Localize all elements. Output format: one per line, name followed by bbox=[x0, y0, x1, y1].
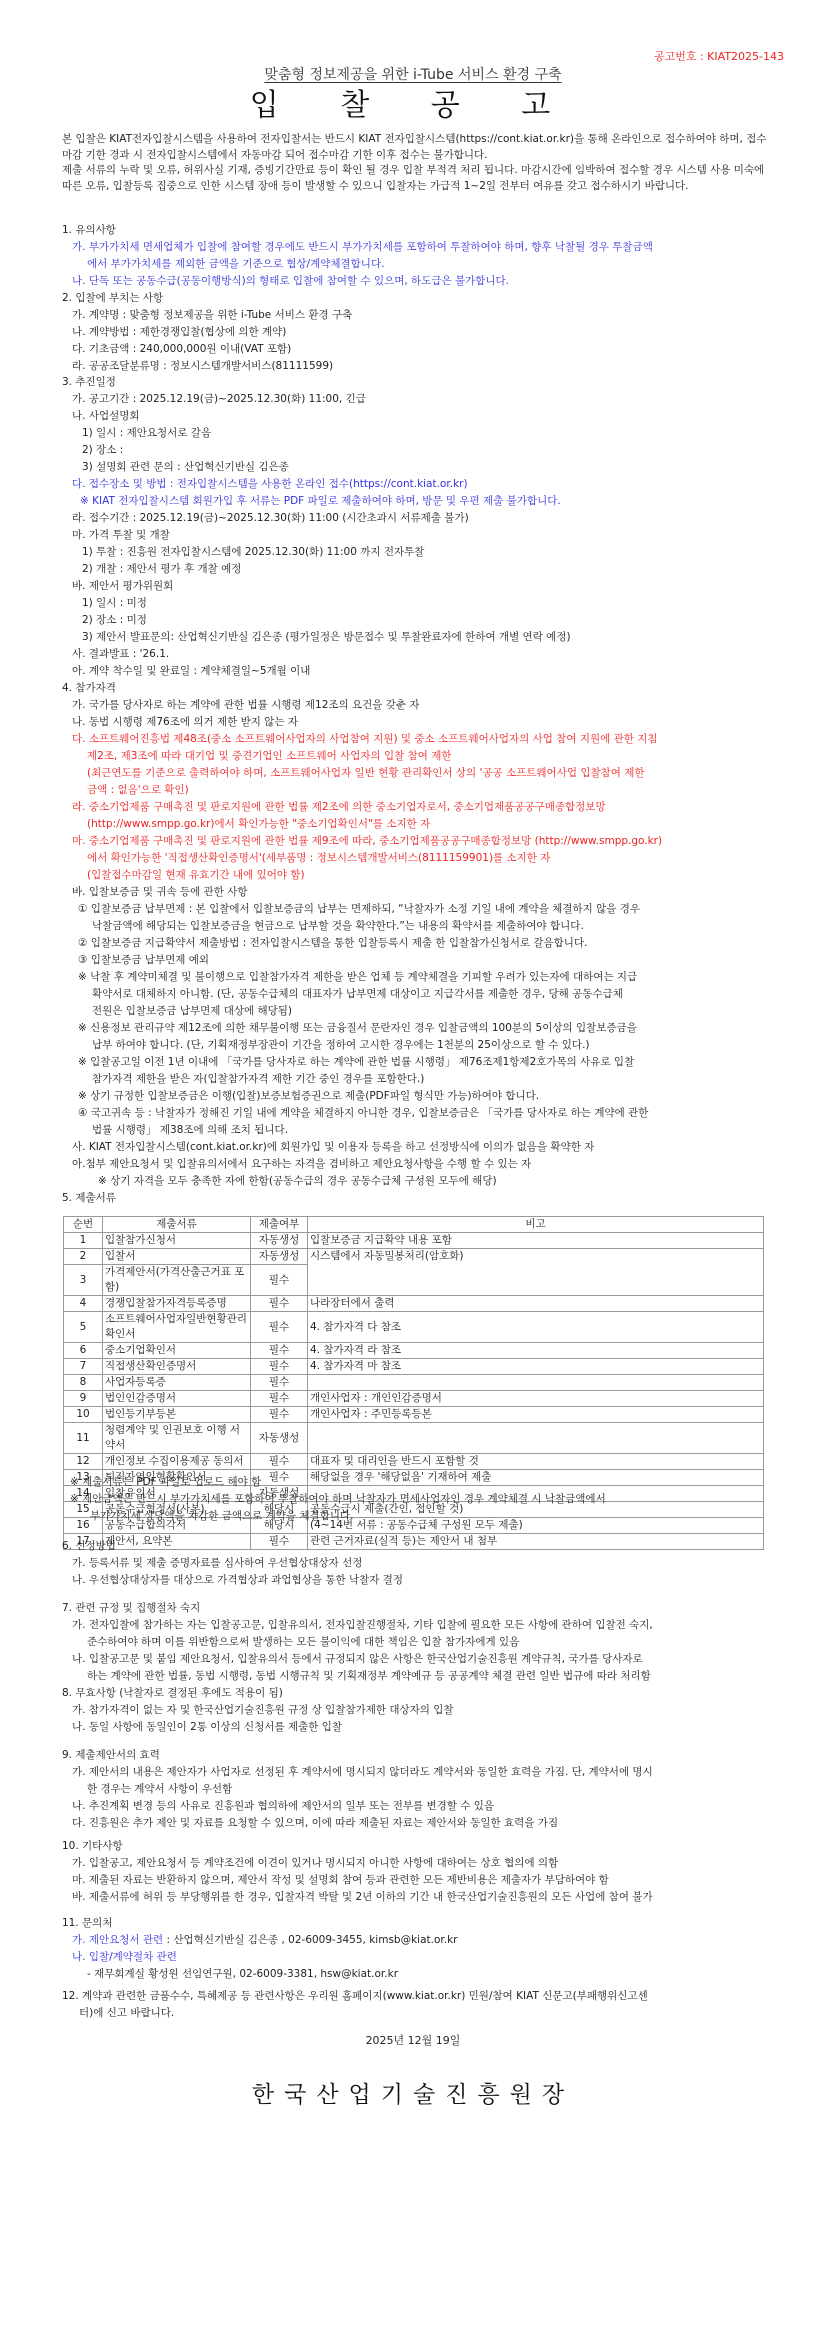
column-header-no: 순번 bbox=[64, 1217, 103, 1233]
bid-bond-note-cont: 참가자격 제한을 받은 자(입찰참가자격 제한 기간 중인 경우를 포함한다.) bbox=[92, 1071, 772, 1088]
eligibility-item-cont: (http://www.smpp.go.kr)에서 확인가능한 "중소기업확인서… bbox=[87, 816, 772, 833]
contact-bidding-label: 나. 입찰/계약절차 관련 bbox=[72, 1949, 772, 1966]
contact-value: : 산업혁신기반실 김은종 , 02-6009-3455, kimsb@kiat… bbox=[163, 1934, 457, 1946]
report-notice: 12. 계약과 관련한 금품수수, 특혜제공 등 관련사항은 우리원 홈페이지(… bbox=[62, 1988, 772, 2005]
opening-schedule: 2) 개찰 : 제안서 평가 후 개찰 예정 bbox=[82, 561, 772, 578]
contact-bidding-value: - 재무회계실 황성원 선임연구원, 02-6009-3381, hsw@kia… bbox=[87, 1966, 772, 1983]
table-row: 4 경쟁입찰참가자격등록증명 필수 나라장터에서 출력 bbox=[64, 1296, 764, 1312]
evaluation-place: 2) 장소 : 미정 bbox=[82, 612, 772, 629]
table-row: 7 직접생산확인증명서 필수 4. 참가자격 마 참조 bbox=[64, 1359, 764, 1375]
other-item: 마. 제출된 자료는 반환하지 않으며, 제안서 작성 및 설명회 참여 등과 … bbox=[72, 1872, 772, 1889]
contact-proposal: 가. 제안요청서 관련 : 산업혁신기반실 김은종 , 02-6009-3455… bbox=[72, 1932, 772, 1949]
section-6-selection: 6. 선정방법 가. 등록서류 및 제출 증명자료를 심사하여 우선협상대상자 … bbox=[62, 1538, 772, 1589]
bid-bond-item-cont: 법률 시행령」 제38조에 의해 조치 됩니다. bbox=[92, 1122, 772, 1139]
section-3-schedule: 3. 추진일정 가. 공고기간 : 2025.12.19(금)~2025.12.… bbox=[62, 374, 772, 680]
intro-text-2: 제출 서류의 누락 및 오류, 허위사실 기재, 증빙기간만료 등이 확인 될 … bbox=[62, 163, 768, 194]
eligibility-item: 나. 동법 시행령 제76조에 의거 제한 받지 않는 자 bbox=[72, 714, 772, 731]
section-11-contacts: 11. 문의처 가. 제안요청서 관련 : 산업혁신기반실 김은종 , 02-6… bbox=[62, 1915, 772, 1983]
regulation-item: 가. 전자입찰에 참가하는 자는 입찰공고문, 입찰유의서, 전자입찰진행절차,… bbox=[72, 1617, 772, 1634]
section-heading: 6. 선정방법 bbox=[62, 1538, 772, 1555]
intro-paragraph: 본 입찰은 KIAT전자입찰시스템을 사용하여 전자입찰서는 반드시 KIAT … bbox=[62, 132, 768, 194]
note-item: 가. 부가가치세 면세업체가 입찰에 참여할 경우에도 반드시 부가가치세를 포… bbox=[72, 239, 772, 256]
eligibility-item-cont: (최근연도를 기준으로 출력하여야 하며, 소프트웨어사업자 일반 현황 관리확… bbox=[87, 765, 772, 782]
table-row: 6 중소기업확인서 필수 4. 참가자격 라 참조 bbox=[64, 1343, 764, 1359]
briefing-session: 나. 사업설명회 bbox=[72, 408, 772, 425]
column-header-document: 제출서류 bbox=[103, 1217, 251, 1233]
table-header-row: 순번 제출서류 제출여부 비고 bbox=[64, 1217, 764, 1233]
table-footnotes: ※ 제출서류는 PDF 파일로 업로드 해야 함 ※ 제안금액은 반드시 부가가… bbox=[70, 1475, 606, 1526]
notice-number: 공고번호 : KIAT2025-143 bbox=[654, 48, 784, 64]
eligibility-item: 라. 중소기업제품 구매촉진 및 판로지원에 관한 법률 제2조에 의한 중소기… bbox=[72, 799, 772, 816]
section-heading: 2. 입찰에 부치는 사항 bbox=[62, 290, 772, 307]
section-4-eligibility: 4. 참가자격 가. 국가를 당사자로 하는 계약에 관한 법률 시행령 제12… bbox=[62, 680, 772, 1207]
submission-note: ※ KIAT 전자입찰시스템 회원가입 후 서류는 PDF 파일로 제출하여야 … bbox=[80, 493, 772, 510]
note-item: 나. 단독 또는 공동수급(공동이행방식)의 형태로 입찰에 참여할 수 있으며… bbox=[72, 273, 772, 290]
base-amount: 다. 기초금액 : 240,000,000원 이내(VAT 포함) bbox=[72, 341, 772, 358]
submission-method: 다. 접수장소 및 방법 : 전자입찰시스템을 사용한 온라인 접수(https… bbox=[72, 476, 772, 493]
regulation-item: 나. 입찰공고문 및 붙임 제안요청서, 입찰유의서 등에서 규정되지 않은 사… bbox=[72, 1651, 772, 1668]
briefing-date: 1) 일시 : 제안요청서로 갈음 bbox=[82, 425, 772, 442]
table-row: 10 법인등기부등본 필수 개인사업자 : 주민등록등본 bbox=[64, 1407, 764, 1423]
contact-label: 가. 제안요청서 관련 bbox=[72, 1934, 163, 1946]
section-8-invalidity: 8. 무효사항 (낙찰자로 결정된 후에도 적용이 됨) 가. 참가자격이 없는… bbox=[62, 1685, 772, 1736]
section-heading: 4. 참가자격 bbox=[62, 680, 772, 697]
bid-bond-note-cont: 전원은 입찰보증금 납부면제 대상에 해당됨) bbox=[92, 1003, 772, 1020]
bid-bond-note: ※ 신용정보 관리규약 제12조에 의한 채무불이행 또는 금융질서 문란자인 … bbox=[78, 1020, 772, 1037]
column-header-remarks: 비고 bbox=[308, 1217, 764, 1233]
validity-item: 나. 추진계획 변경 등의 사유로 진흥원과 협의하에 제안서의 일부 또는 전… bbox=[72, 1798, 772, 1815]
bid-bond-note-cont: 납부 하여야 합니다. (단, 기획재정부장관이 기간을 정하여 고시한 경우에… bbox=[92, 1037, 772, 1054]
evaluation-committee: 바. 제안서 평가위원회 bbox=[72, 578, 772, 595]
bid-bond-item: ① 입찰보증금 납부면제 : 본 입찰에서 입찰보증금의 납부는 면제하되, “… bbox=[78, 901, 772, 918]
bid-bond-note: ※ 낙찰 후 계약미체결 및 불이행으로 입찰참가자격 제한을 받은 업체 등 … bbox=[78, 969, 772, 986]
eligibility-item: 마. 중소기업제품 구매촉진 및 판로지원에 관한 법률 제9조에 따라, 중소… bbox=[72, 833, 772, 850]
section-heading: 10. 기타사항 bbox=[62, 1838, 772, 1855]
result-announcement: 사. 결과발표 : '26.1. bbox=[72, 646, 772, 663]
eligibility-item: 사. KIAT 전자입찰시스템(cont.kiat.or.kr)에 회원가입 및… bbox=[72, 1139, 772, 1156]
bidding-deadline: 1) 투찰 : 진흥원 전자입찰시스템에 2025.12.30(화) 11:00… bbox=[82, 544, 772, 561]
column-header-required: 제출여부 bbox=[251, 1217, 308, 1233]
table-row: 12 개인정보 수집이용제공 동의서 필수 대표자 및 대리인을 반드시 포함할… bbox=[64, 1454, 764, 1470]
bid-bond-note: ※ 입찰공고일 이전 1년 이내에 「국가를 당사자로 하는 계약에 관한 법률… bbox=[78, 1054, 772, 1071]
intro-text-1: 본 입찰은 KIAT전자입찰시스템을 사용하여 전자입찰서는 반드시 KIAT … bbox=[62, 132, 768, 163]
table-row: 1 입찰참가신청서 자동생성 입찰보증금 지급확약 내용 포함 bbox=[64, 1233, 764, 1249]
invalidity-item: 나. 동일 사항에 동일인이 2통 이상의 신청서를 제출한 입찰 bbox=[72, 1719, 772, 1736]
bidding-opening: 마. 가격 투찰 및 개찰 bbox=[72, 527, 772, 544]
section-heading: 11. 문의처 bbox=[62, 1915, 772, 1932]
presentation-contact: 3) 제안서 발표문의: 산업혁신기반실 김은종 (평가일정은 방문접수 및 투… bbox=[82, 629, 772, 646]
regulation-item-cont: 하는 계약에 관한 법률, 동법 시행령, 동법 시행규칙 및 기획재정부 계약… bbox=[87, 1668, 772, 1685]
eligibility-item-cont: 에서 확인가능한 '직접생산확인증명서'(세부품명 : 정보시스템개발서비스(8… bbox=[87, 850, 772, 867]
contract-name: 가. 계약명 : 맞춤형 정보제공을 위한 i-Tube 서비스 환경 구축 bbox=[72, 307, 772, 324]
regulation-item-cont: 준수하여야 하며 이를 위반함으로써 발생하는 모든 불이익에 대한 책임은 입… bbox=[87, 1634, 772, 1651]
other-item: 가. 입찰공고, 제안요청서 등 계약조건에 이견이 있거나 명시되지 아니한 … bbox=[72, 1855, 772, 1872]
table-note-cont: 부가가치세 상당액을 차감한 금액으로 계약을 체결합니다. bbox=[90, 1509, 606, 1526]
eligibility-item: 아.첨부 제안요청서 및 입찰유의서에서 요구하는 자격을 겸비하고 제안요청사… bbox=[72, 1156, 772, 1173]
validity-item: 다. 진흥원은 추가 제안 및 자료를 요청할 수 있으며, 이에 따라 제출된… bbox=[72, 1815, 772, 1832]
eligibility-note: ※ 상기 자격을 모두 충족한 자에 한함(공동수급의 경우 공동수급체 구성원… bbox=[98, 1173, 772, 1190]
section-heading: 7. 관련 규정 및 집행절차 숙지 bbox=[62, 1600, 772, 1617]
table-note: ※ 제안금액은 반드시 부가가치세를 포함하여 투찰하여야 하며 낙찰자가 면세… bbox=[70, 1492, 606, 1509]
submission-period: 라. 접수기간 : 2025.12.19(금)~2025.12.30(화) 11… bbox=[72, 510, 772, 527]
briefing-place: 2) 장소 : bbox=[82, 442, 772, 459]
eligibility-item-cont: (입찰접수마감일 현재 유효기간 내에 있어야 함) bbox=[87, 867, 772, 884]
section-12-report: 12. 계약과 관련한 금품수수, 특혜제공 등 관련사항은 우리원 홈페이지(… bbox=[62, 1988, 772, 2022]
validity-item-cont: 한 경우는 계약서 사항이 우선함 bbox=[87, 1781, 772, 1798]
bid-bond-item: ② 입찰보증금 지급확약서 제출방법 : 전자입찰시스템을 통한 입찰등록시 제… bbox=[78, 935, 772, 952]
page-title: 입 찰 공 고 bbox=[0, 80, 826, 124]
eligibility-item: 다. 소프트웨어진흥법 제48조(중소 소프트웨어사업자의 사업참여 지원) 및… bbox=[72, 731, 772, 748]
section-heading: 1. 유의사항 bbox=[62, 222, 772, 239]
table-note: ※ 제출서류는 PDF 파일로 업로드 해야 함 bbox=[70, 1475, 606, 1492]
section-heading: 8. 무효사항 (낙찰자로 결정된 후에도 적용이 됨) bbox=[62, 1685, 772, 1702]
bid-bond-item: ④ 국고귀속 등 : 낙찰자가 정해진 기일 내에 계약을 체결하지 아니한 경… bbox=[78, 1105, 772, 1122]
issuer-signature: 한국산업기술진흥원장 bbox=[0, 2076, 826, 2109]
section-2-bid-items: 2. 입찰에 부치는 사항 가. 계약명 : 맞춤형 정보제공을 위한 i-Tu… bbox=[62, 290, 772, 375]
note-item-cont: 에서 부가가치세를 제외한 금액을 기준으로 협상/계약체결합니다. bbox=[87, 256, 772, 273]
section-10-others: 10. 기타사항 가. 입찰공고, 제안요청서 등 계약조건에 이견이 있거나 … bbox=[62, 1838, 772, 1906]
eligibility-item: 가. 국가를 당사자로 하는 계약에 관한 법률 시행령 제12조의 요건을 갖… bbox=[72, 697, 772, 714]
bid-bond-note: ※ 상기 규정한 입찰보증금은 이행(입찰)보증보험증권으로 제출(PDF파일 … bbox=[78, 1088, 772, 1105]
table-row: 5 소프트웨어사업자일반현황관리확인서 필수 4. 참가자격 다 참조 bbox=[64, 1312, 764, 1343]
bid-bond-item: ③ 입찰보증금 납부면제 예외 bbox=[78, 952, 772, 969]
section-9-proposal-validity: 9. 제출제안서의 효력 가. 제안서의 내용은 제안자가 사업자로 선정된 후… bbox=[62, 1747, 772, 1832]
table-row: 11 청렴계약 및 인권보호 이행 서약서 자동생성 bbox=[64, 1423, 764, 1454]
evaluation-date: 1) 일시 : 미정 bbox=[82, 595, 772, 612]
section-heading: 3. 추진일정 bbox=[62, 374, 772, 391]
table-row: 9 법인인감증명서 필수 개인사업자 : 개인인감증명서 bbox=[64, 1391, 764, 1407]
selection-item: 나. 우선협상대상자를 대상으로 가격협상과 과업협상을 통한 낙찰자 결정 bbox=[72, 1572, 772, 1589]
validity-item: 가. 제안서의 내용은 제안자가 사업자로 선정된 후 계약서에 명시되지 않더… bbox=[72, 1764, 772, 1781]
section-heading: 5. 제출서류 bbox=[62, 1190, 772, 1207]
other-item: 바. 제출서류에 허위 등 부당행위를 한 경우, 입찰자격 박탈 및 2년 이… bbox=[72, 1889, 772, 1906]
procurement-category: 라. 공공조달분류명 : 정보시스템개발서비스(81111599) bbox=[72, 358, 772, 375]
report-notice-cont: 터)에 신고 바랍니다. bbox=[79, 2005, 772, 2022]
bid-bond-heading: 바. 입찰보증금 및 귀속 등에 관한 사항 bbox=[72, 884, 772, 901]
invalidity-item: 가. 참가자격이 없는 자 및 한국산업기술진흥원 규정 상 입찰참가제한 대상… bbox=[72, 1702, 772, 1719]
notice-date: 2025년 12월 19일 bbox=[0, 2032, 826, 2048]
section-7-regulations: 7. 관련 규정 및 집행절차 숙지 가. 전자입찰에 참가하는 자는 입찰공고… bbox=[62, 1600, 772, 1685]
notice-period: 가. 공고기간 : 2025.12.19(금)~2025.12.30(화) 11… bbox=[72, 391, 772, 408]
section-heading: 9. 제출제안서의 효력 bbox=[62, 1747, 772, 1764]
bid-bond-note-cont: 확약서로 대체하지 아니함. (단, 공동수급체의 대표자가 납부면제 대상이고… bbox=[92, 986, 772, 1003]
bid-bond-item-cont: 낙찰금액에 해당되는 입찰보증금을 현금으로 납부할 것을 확약한다.”는 내용… bbox=[92, 918, 772, 935]
briefing-contact: 3) 설명회 관련 문의 : 산업혁신기반실 김은종 bbox=[82, 459, 772, 476]
section-1-notes: 1. 유의사항 가. 부가가치세 면세업체가 입찰에 참여할 경우에도 반드시 … bbox=[62, 222, 772, 290]
table-row: 8 사업자등록증 필수 bbox=[64, 1375, 764, 1391]
contract-method: 나. 계약방법 : 제한경쟁입찰(협상에 의한 계약) bbox=[72, 324, 772, 341]
table-row: 2 입찰서 자동생성 시스템에서 자동밀봉처리(암호화) bbox=[64, 1249, 764, 1265]
eligibility-item-cont: 금액 : 없음'으로 확인) bbox=[87, 782, 772, 799]
contract-period: 아. 계약 착수일 및 완료일 : 계약체결일~5개월 이내 bbox=[72, 663, 772, 680]
eligibility-item-cont: 제2조, 제3조에 따라 대기업 및 중견기업인 소프트웨어 사업자의 입찰 참… bbox=[87, 748, 772, 765]
selection-item: 가. 등록서류 및 제출 증명자료를 심사하여 우선협상대상자 선정 bbox=[72, 1555, 772, 1572]
